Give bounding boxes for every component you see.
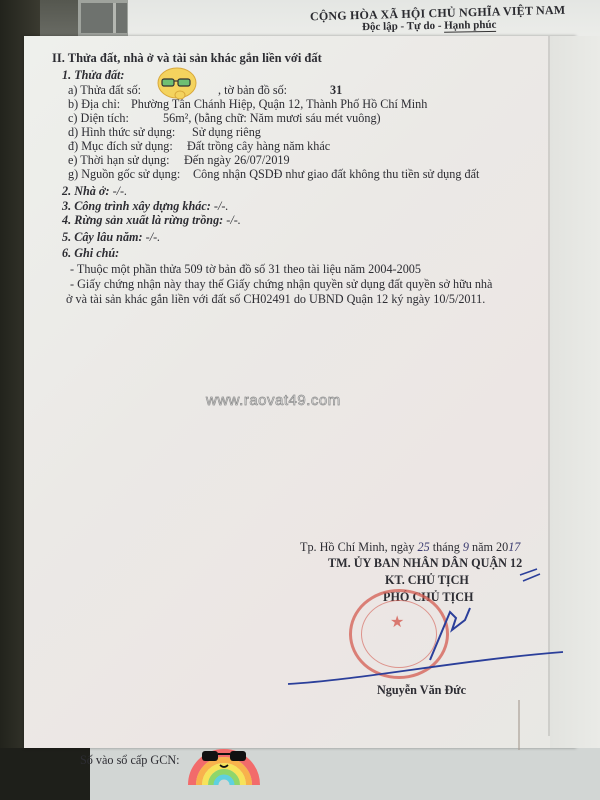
authority: TM. ỦY BAN NHÂN DÂN QUẬN 12 — [328, 556, 522, 571]
map-sheet-value: 31 — [330, 83, 342, 98]
perennial-value: -/-. — [146, 230, 161, 244]
page-crease — [518, 700, 520, 750]
month-label: tháng — [433, 540, 460, 554]
other-construction-value: -/-. — [214, 199, 229, 213]
background-window — [78, 0, 130, 36]
section-title: II. Thửa đất, nhà ở và tài sản khác gắn … — [52, 51, 322, 66]
other-construction-label: 3. Công trình xây dựng khác: — [62, 199, 211, 213]
signer-name: Nguyễn Văn Đức — [377, 683, 466, 698]
place-date: Tp. Hồ Chí Minh, ngày 25 tháng 9 năm 201… — [300, 540, 520, 555]
house-heading: 2. Nhà ở: -/-. — [62, 184, 127, 199]
land-heading: 1. Thửa đất: — [62, 68, 125, 83]
parcel-label: a) Thửa đất số: — [68, 83, 141, 98]
purpose-value: Đất trồng cây hàng năm khác — [187, 139, 330, 154]
rainbow-sunglasses-sticker — [188, 733, 260, 785]
address-label: b) Địa chỉ: — [68, 97, 120, 112]
forest-value: -/-. — [226, 213, 241, 227]
house-label: 2. Nhà ở: — [62, 184, 110, 198]
motto: Độc lập - Tự do - Hạnh phúc — [362, 19, 497, 33]
perennial-label: 5. Cây lâu năm: — [62, 230, 143, 244]
cat-sunglasses-sticker — [156, 67, 198, 101]
forest-label: 4. Rừng sản xuất là rừng trồng: — [62, 213, 223, 227]
note-line: - Giấy chứng nhận này thay thế Giấy chứn… — [70, 277, 492, 292]
day-value: 25 — [417, 540, 429, 554]
note-line: - Thuộc một phần thửa 509 tờ bản đồ số 3… — [70, 262, 421, 277]
watermark: www.raovat49.com — [206, 392, 341, 409]
place-date-prefix: Tp. Hồ Chí Minh, ngày — [300, 540, 414, 554]
month-value: 9 — [463, 540, 469, 554]
notes-heading: 6. Ghi chú: — [62, 246, 119, 261]
usage-form-value: Sử dụng riêng — [192, 125, 261, 140]
origin-label: g) Nguồn gốc sử dụng: — [68, 167, 180, 182]
area-label: c) Diện tích: — [68, 111, 129, 126]
term-value: Đến ngày 26/07/2019 — [184, 153, 290, 168]
origin-value: Công nhận QSDĐ như giao đất không thu ti… — [193, 167, 479, 182]
year-suffix: 17 — [508, 540, 520, 554]
background-dark-bottom — [0, 748, 90, 800]
term-label: e) Thời hạn sử dụng: — [68, 153, 170, 168]
ink-mark — [515, 555, 545, 585]
other-construction-heading: 3. Công trình xây dựng khác: -/-. — [62, 199, 228, 214]
perennial-heading: 5. Cây lâu năm: -/-. — [62, 230, 160, 245]
map-sheet-label: , tờ bản đồ số: — [218, 83, 287, 98]
motto-underlined: Hạnh phúc — [444, 19, 497, 33]
note-line: ở và tài sản khác gắn liền với đất số CH… — [66, 292, 485, 307]
year-label: năm 20 — [472, 540, 508, 554]
motto-part: Độc lập - Tự do - — [362, 20, 444, 33]
registry-label: Số vào sổ cấp GCN: — [80, 753, 180, 768]
usage-form-label: d) Hình thức sử dụng: — [68, 125, 175, 140]
for-chair: KT. CHỦ TỊCH — [385, 573, 469, 588]
area-value: 56m², (bằng chữ: Năm mươi sáu mét vuông) — [163, 111, 381, 126]
purpose-label: đ) Mục đích sử dụng: — [68, 139, 173, 154]
forest-heading: 4. Rừng sản xuất là rừng trồng: -/-. — [62, 213, 241, 228]
house-value: -/-. — [113, 184, 128, 198]
